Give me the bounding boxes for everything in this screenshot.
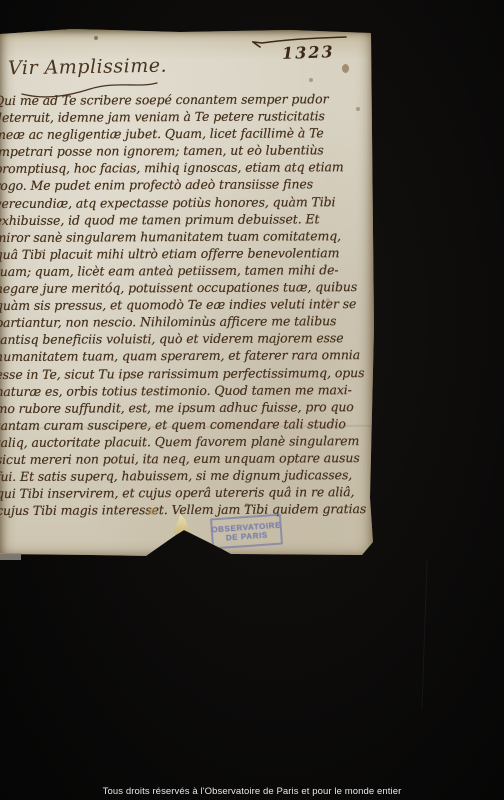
copyright-caption: Tous droits réservés à l'Observatoire de…: [0, 786, 504, 797]
manuscript-line: negare jure meritóq, potuissent occupati…: [0, 278, 380, 297]
letter-body: Qui me ad Te scribere soepé conantem sem…: [0, 90, 381, 519]
manuscript-line: meæ ac negligentiæ jubet. Quam, licet fa…: [0, 124, 379, 143]
manuscript-line: verecundiæ, atq expectasse potiùs honore…: [0, 193, 380, 212]
manuscript-line: deterruit, idemne jam veniam à Te petere…: [0, 107, 379, 126]
manuscript-line: quàm sis pressus, et quomodò Te eæ indie…: [0, 295, 380, 314]
manuscript-line: qui Tibi inservirem, et cujus operâ uter…: [0, 483, 381, 502]
manuscript-line: tantisq beneficiis voluisti, quò et vide…: [0, 329, 380, 348]
photo-background: 1323 Vir Amplissime. Qui me ad Te scribe…: [0, 0, 504, 800]
foxing-spot: [342, 64, 349, 73]
foxing-spot: [326, 298, 330, 302]
salutation: Vir Amplissime.: [8, 55, 167, 80]
foxing-spot: [94, 36, 98, 40]
foxing-spot: [356, 107, 360, 111]
manuscript-line: quâ Tibi placuit mihi ultrò etiam offerr…: [0, 244, 380, 263]
manuscript-line: fui. Et satis superq, habuissem, si me d…: [0, 466, 381, 485]
archive-number: 1323: [282, 42, 335, 63]
manuscript-line: naturæ es, orbis totius testimonio. Quod…: [0, 381, 380, 400]
manuscript-line: Qui me ad Te scribere soepé conantem sem…: [0, 90, 379, 109]
background-seam: [421, 560, 427, 710]
manuscript-line: mo rubore suffundit, est, me ipsum adhuc…: [0, 398, 381, 417]
manuscript-line: humanitatem tuam, quam sperarem, et fate…: [0, 346, 380, 365]
paper-scrap: [0, 553, 21, 560]
stamp-line-2: DE PARIS: [226, 530, 269, 542]
manuscript-line: exhibuisse, id quod me tamen primum debu…: [0, 210, 380, 229]
manuscript-page: 1323 Vir Amplissime. Qui me ad Te scribe…: [0, 28, 374, 558]
foxing-spot: [309, 78, 313, 82]
foxing-spot: [245, 503, 249, 507]
manuscript-line: sicut mereri non potui, ita neq, eum unq…: [0, 449, 381, 468]
foxing-spot: [148, 508, 157, 515]
manuscript-line: tuam; quam, licèt eam anteà petiissem, t…: [0, 261, 380, 280]
manuscript-line: cujus Tibi magis interesset. Vellem jam …: [0, 500, 381, 519]
manuscript-line: promptiusq, hoc facias, mihiq ignoscas, …: [0, 158, 379, 177]
manuscript-line: esse in Te, sicut Tu ipse rarissimum per…: [0, 363, 380, 382]
foxing-spot: [40, 250, 43, 253]
manuscript-line: rogo. Me pudet enim profectò adeò transi…: [0, 175, 379, 194]
observatoire-stamp: OBSERVATOIRE DE PARIS: [210, 514, 283, 550]
manuscript-line: impetrari posse non ignorem; tamen, ut e…: [0, 141, 379, 160]
manuscript-line: miror sanè singularem humanitatem tuam c…: [0, 227, 380, 246]
manuscript-line: taliq, auctoritate placuit. Quem favorem…: [0, 432, 381, 451]
manuscript-line: partiantur, non nescio. Nihilominùs affi…: [0, 312, 380, 331]
